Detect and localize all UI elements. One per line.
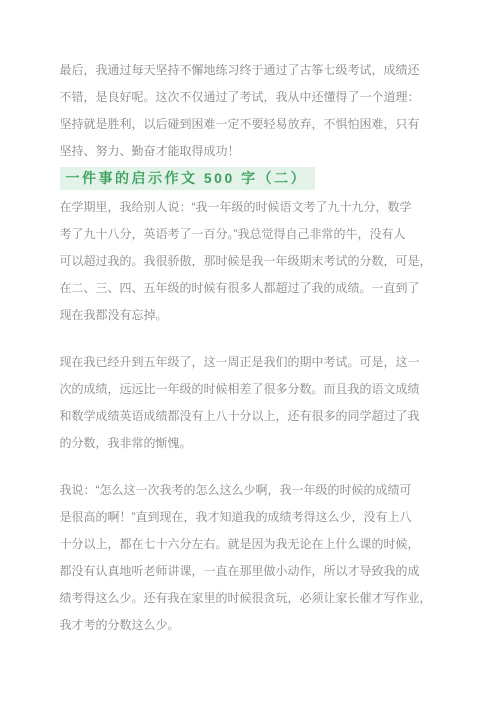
text-line: 现在我都没有忘掉。 (60, 302, 440, 329)
text-line: 考了九十八分，英语考了一百分。”我总觉得自己非常的牛，没有人 (60, 221, 440, 248)
essay-page: 最后，我通过每天坚持不懈地练习终于通过了古筝七级考试，成绩还不错，是良好呢。这次… (0, 0, 499, 639)
text-line: 不错，是良好呢。这次不仅通过了考试，我从中还懂得了一个道理： (60, 84, 440, 111)
text-line: 我说：“怎么这一次我考的怎么这么少啊，我一年级的时候的成绩可 (60, 477, 440, 504)
essay-paragraph-2: 现在我已经升到五年级了，这一周正是我们的期中考试。可是，这一次的成绩，远远比一年… (60, 349, 440, 457)
text-line: 最后，我通过每天坚持不懈地练习终于通过了古筝七级考试，成绩还 (60, 57, 440, 84)
intro-paragraph: 最后，我通过每天坚持不懈地练习终于通过了古筝七级考试，成绩还不错，是良好呢。这次… (60, 57, 440, 165)
text-line: 现在我已经升到五年级了，这一周正是我们的期中考试。可是，这一 (60, 349, 440, 376)
text-line: 的分数，我非常的惭愧。 (60, 430, 440, 457)
text-line: 坚持、努力、勤奋才能取得成功！ (60, 138, 440, 165)
text-line: 坚持就是胜利，以后碰到困难一定不要轻易放弃，不惧怕困难，只有 (60, 111, 440, 138)
essay-paragraph-1: 在学期里，我给别人说：“我一年级的时候语文考了九十九分，数学考了九十八分，英语考… (60, 194, 440, 329)
section-heading-row: 一件事的启示作文 500 字（二） (60, 167, 440, 190)
text-line: 可以超过我的。我很骄傲，那时候是我一年级期末考试的分数，可是， (60, 248, 440, 275)
text-line: 我才考的分数这么少。 (60, 612, 440, 639)
text-line: 绩考得这么少。还有我在家里的时候很贪玩，必须让家长催才写作业， (60, 585, 440, 612)
text-line: 次的成绩，远远比一年级的时候相差了很多分数。而且我的语文成绩 (60, 376, 440, 403)
text-line: 都没有认真地听老师讲课，一直在那里做小动作，所以才导致我的成 (60, 558, 440, 585)
text-line: 在学期里，我给别人说：“我一年级的时候语文考了九十九分，数学 (60, 194, 440, 221)
text-line: 和数学成绩英语成绩都没有上八十分以上，还有很多的同学超过了我 (60, 403, 440, 430)
section-heading: 一件事的启示作文 500 字（二） (60, 167, 316, 190)
text-line: 在二、三、四、五年级的时候有很多人都超过了我的成绩。一直到了 (60, 275, 440, 302)
text-line: 十分以上，都在七十六分左右。就是因为我无论在上什么课的时候， (60, 531, 440, 558)
essay-paragraph-3: 我说：“怎么这一次我考的怎么这么少啊，我一年级的时候的成绩可是很高的啊！”直到现… (60, 477, 440, 639)
text-line: 是很高的啊！”直到现在，我才知道我的成绩考得这么少，没有上八 (60, 504, 440, 531)
